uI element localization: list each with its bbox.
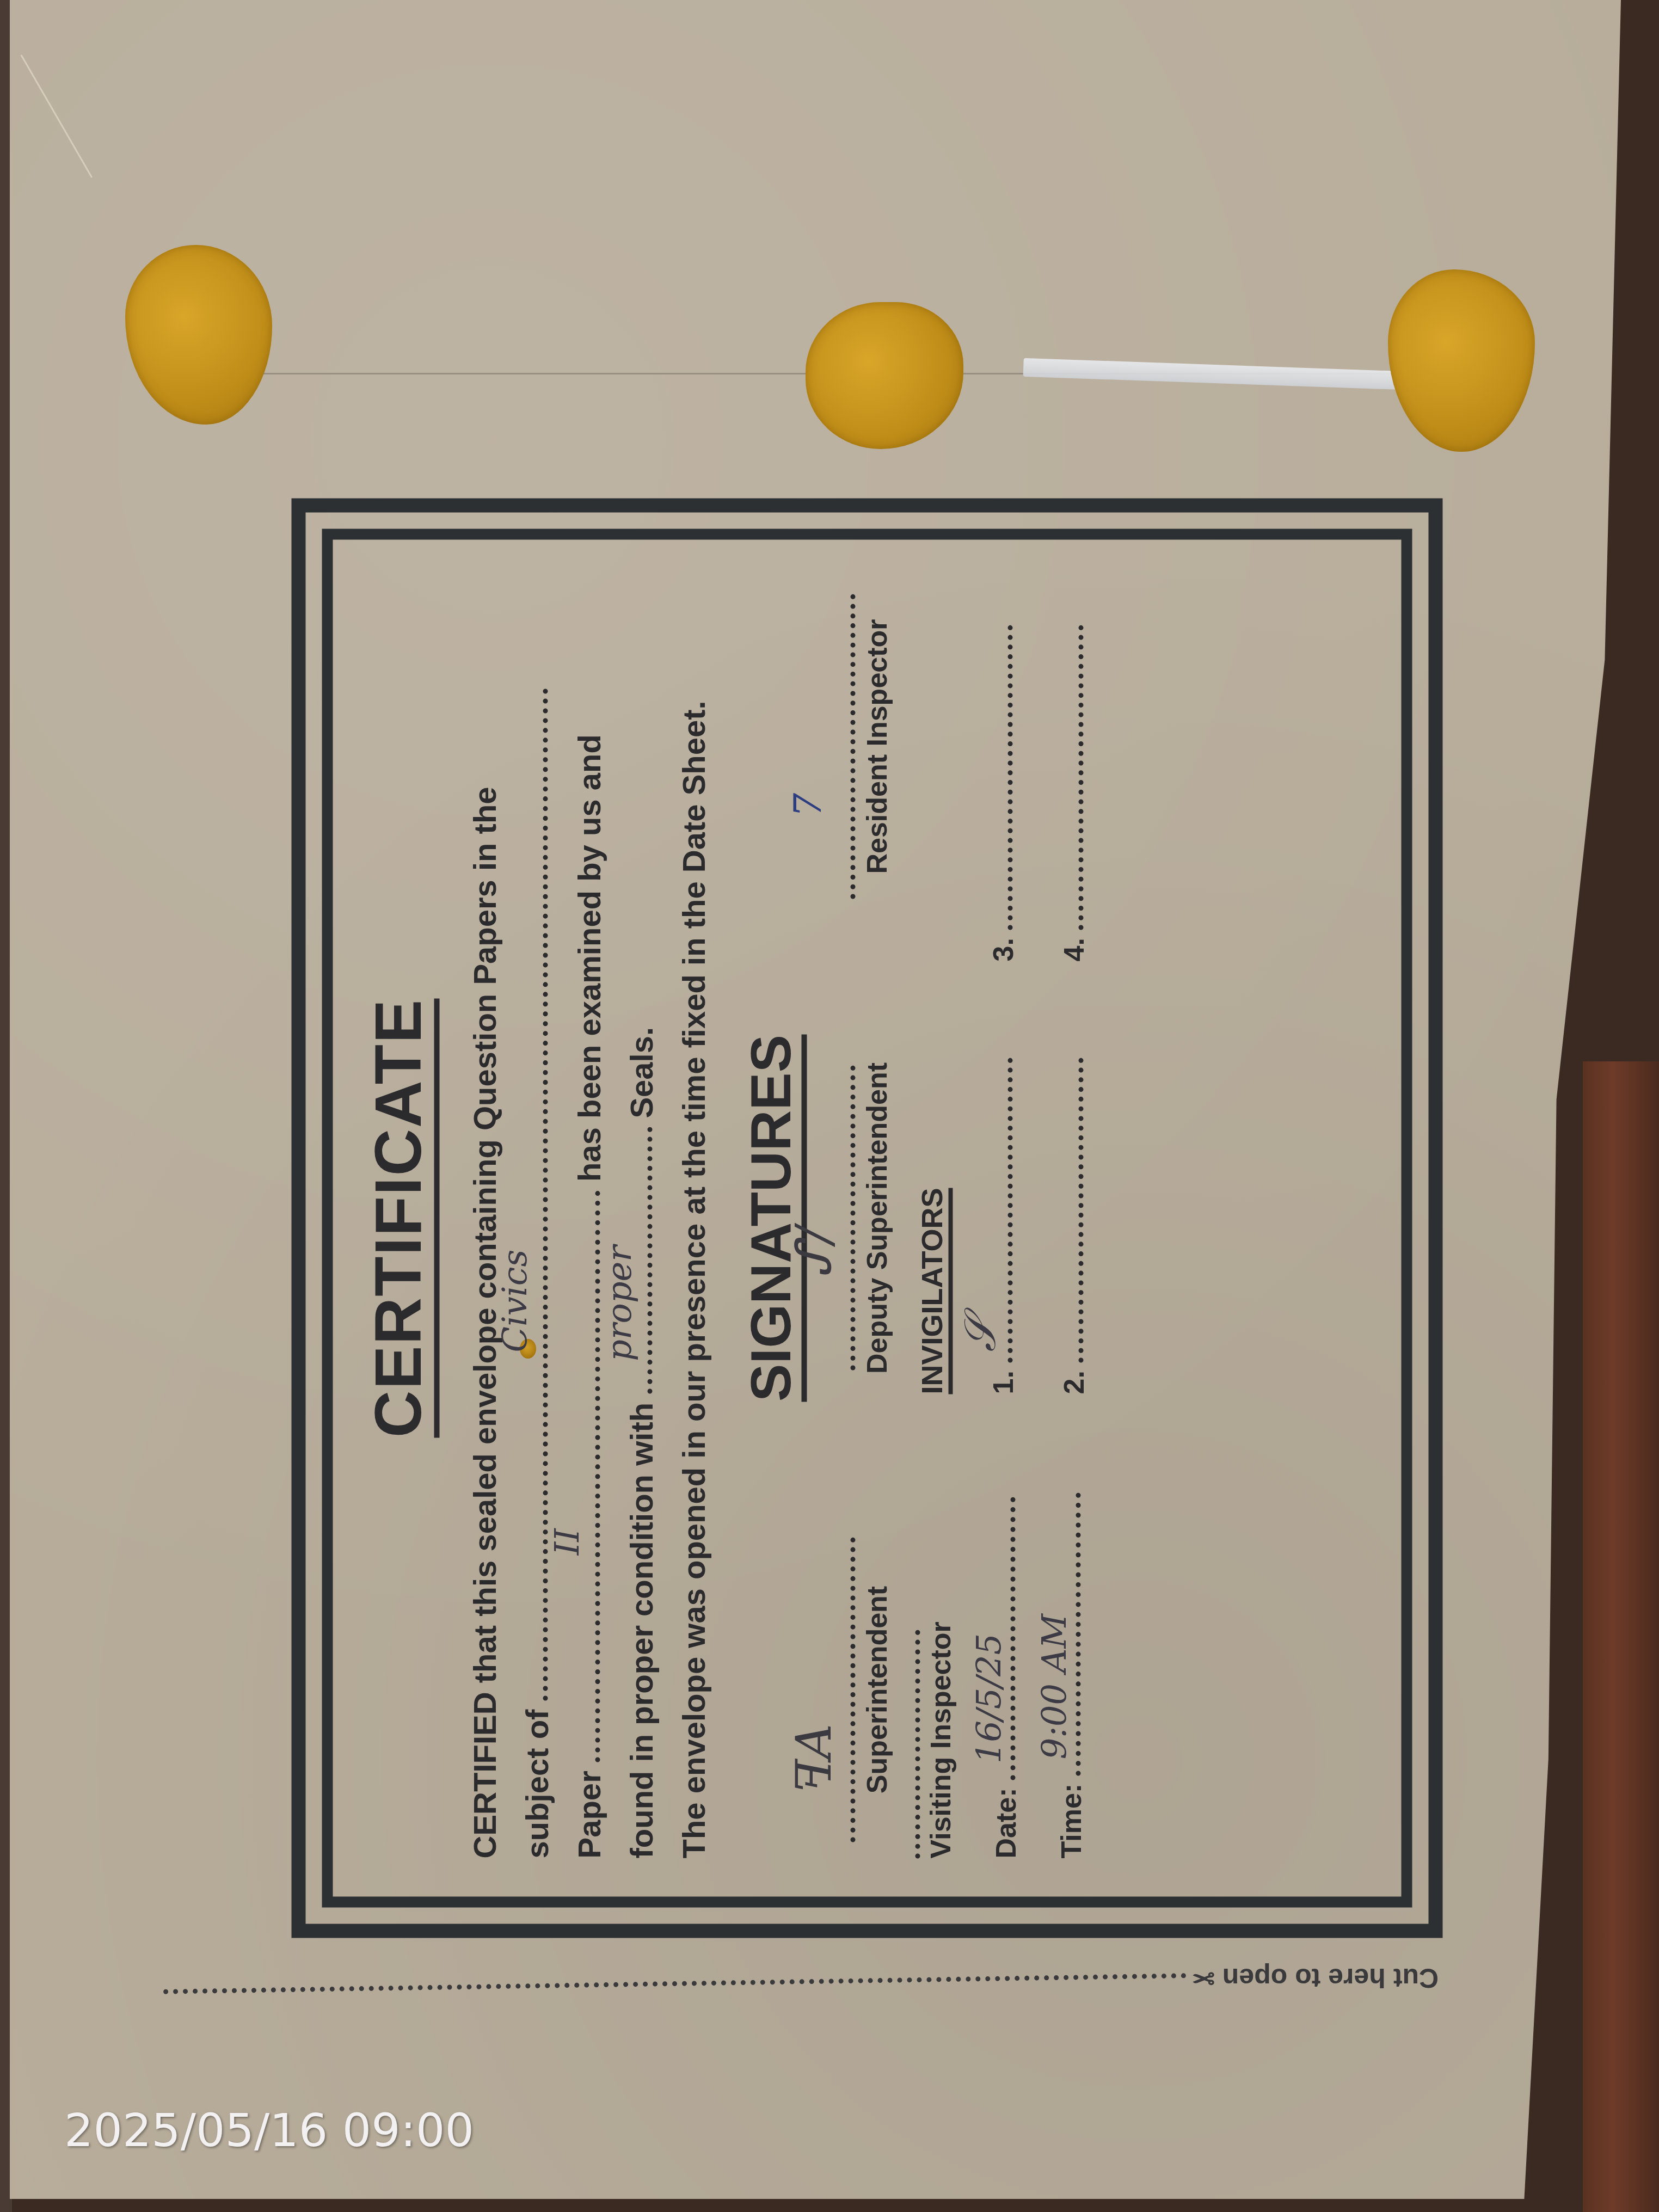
resident-inspector-signature-block: 7 Resident Inspector xyxy=(850,577,893,915)
invigilators-heading: INVIGILATORS xyxy=(915,577,949,1394)
resident-inspector-label: Resident Inspector xyxy=(861,577,893,915)
subject-value: Civics xyxy=(488,1249,540,1352)
certificate-line-2: subject of Civics xyxy=(511,577,563,1858)
superintendent-signature-line[interactable] xyxy=(850,1537,855,1842)
certificate-body: CERTIFIED that this sealed envelope cont… xyxy=(459,577,720,1858)
photo-timestamp: 2025/05/16 09:00 xyxy=(64,2104,474,2157)
certificate-title: CERTIFICATE xyxy=(365,577,439,1858)
certificate-line-3: Paper II has been examined by us and xyxy=(563,577,616,1858)
deputy-superintendent-signature-line[interactable] xyxy=(850,1066,855,1371)
invigilator-1-signature-line[interactable]: 𝒮 xyxy=(1007,1058,1012,1362)
invigilator-1-signature: 𝒮 xyxy=(954,1318,1005,1351)
seals-value: proper xyxy=(593,1245,645,1361)
superintendent-label: Superintendent xyxy=(861,1521,893,1858)
time-input[interactable]: 9:00 AM xyxy=(1076,1492,1080,1775)
invigilator-1: 1. 𝒮 xyxy=(987,1010,1019,1394)
invigilator-4-signature-line[interactable] xyxy=(1078,625,1083,930)
resident-inspector-signature-line[interactable] xyxy=(850,594,855,899)
certificate-inner-border: CERTIFICATE CERTIFIED that this sealed e… xyxy=(322,529,1412,1907)
seals-field[interactable]: proper xyxy=(647,1127,652,1393)
visiting-inspector-block: Visiting Inspector Date: 16/5/25 Time: 9… xyxy=(915,1412,1090,1858)
invigilator-2: 2. xyxy=(1058,1010,1090,1394)
scissors-icon: ✂ xyxy=(1192,1963,1215,1993)
date-value: 16/5/25 xyxy=(968,1633,1008,1764)
superintendent-signature: ꟻA xyxy=(785,1724,842,1793)
time-field: Time: 9:00 AM xyxy=(1055,1412,1087,1858)
invigilators-block: INVIGILATORS 1. 𝒮 3. xyxy=(915,577,1090,1394)
lower-section: Visiting Inspector Date: 16/5/25 Time: 9… xyxy=(915,577,1090,1858)
certificate-line-5: The envelope was opened in our presence … xyxy=(668,577,720,1858)
visiting-inspector-signature-line[interactable] xyxy=(915,1630,920,1858)
signature-row: ꟻA Superintendent ᔑ/ Deputy Superintende… xyxy=(850,577,893,1858)
invigilator-4: 4. xyxy=(1058,577,1090,961)
deputy-superintendent-signature-block: ᔑ/ Deputy Superintendent xyxy=(850,1049,893,1387)
paper-value: II xyxy=(540,1528,593,1555)
invigilator-3: 3. xyxy=(987,577,1019,961)
visiting-inspector-label: Visiting Inspector xyxy=(924,1412,957,1858)
deputy-superintendent-signature: ᔑ/ xyxy=(785,1226,842,1277)
certificate-frame: CERTIFICATE CERTIFIED that this sealed e… xyxy=(291,498,1442,1938)
superintendent-signature-block: ꟻA Superintendent xyxy=(850,1521,893,1858)
invigilators-list: 1. 𝒮 3. 2. xyxy=(987,577,1090,1394)
signatures-heading: SIGNATURES xyxy=(739,577,807,1858)
invigilator-3-signature-line[interactable] xyxy=(1007,625,1012,930)
resident-inspector-signature: 7 xyxy=(785,792,829,817)
date-field: Date: 16/5/25 xyxy=(990,1412,1022,1858)
cut-here-label: Cut here to open ✂ xyxy=(1192,1962,1439,1994)
certificate-line-1: CERTIFIED that this sealed envelope cont… xyxy=(459,577,511,1858)
table-surface-right xyxy=(1583,1061,1659,2212)
certificate-line-4: found in proper condition with proper Se… xyxy=(616,577,668,1858)
certificate-outer-border: CERTIFICATE CERTIFIED that this sealed e… xyxy=(291,498,1442,1938)
time-value: 9:00 AM xyxy=(1034,1614,1073,1759)
date-input[interactable]: 16/5/25 xyxy=(1010,1497,1015,1780)
invigilator-2-signature-line[interactable] xyxy=(1078,1058,1083,1362)
deputy-superintendent-label: Deputy Superintendent xyxy=(861,1049,893,1387)
